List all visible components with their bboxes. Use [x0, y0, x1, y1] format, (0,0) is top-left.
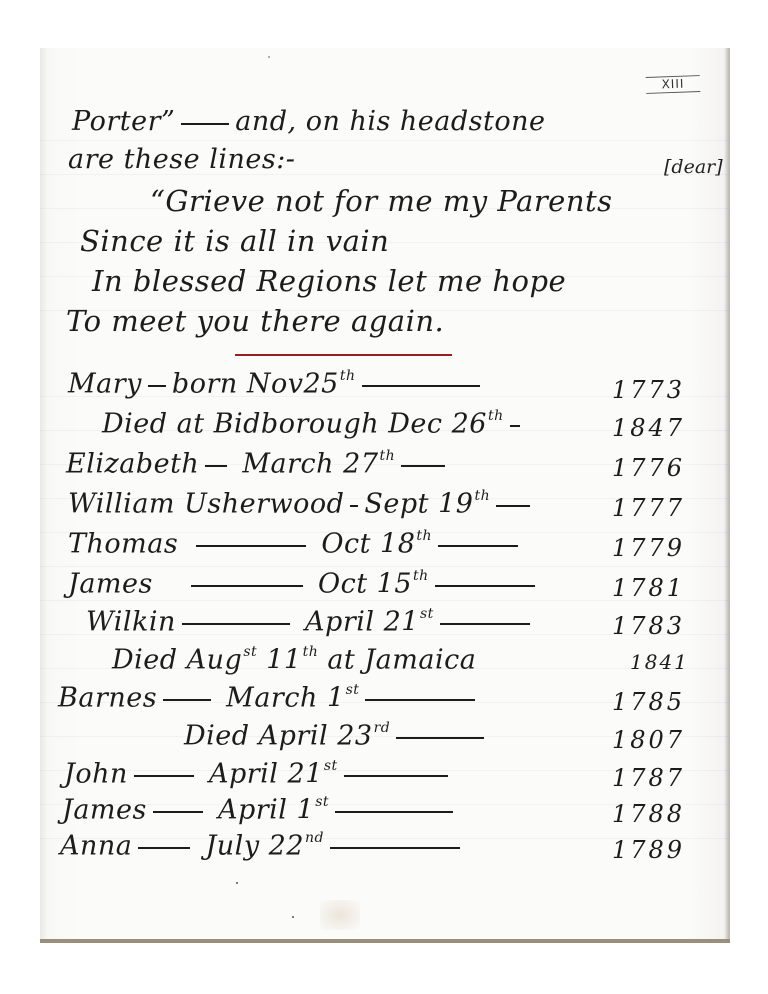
entry-day-suffix: th [303, 644, 319, 660]
entry-name: Anna [60, 831, 132, 862]
dash-rule [191, 585, 303, 587]
entry-day-suffix: th [488, 408, 504, 424]
dash-rule [134, 775, 194, 777]
entry-row: Wilkin April 21st [86, 606, 536, 638]
entry-name: William Usherwood [68, 489, 344, 520]
entry-day: 22 [269, 831, 304, 862]
entry-day: 21 [384, 607, 419, 638]
entry-row: James April 1st [62, 794, 459, 826]
entry-label-suffix: st [243, 644, 257, 660]
dash-rule [205, 465, 227, 467]
entry-row-death: Died at Bidborough Dec 26th [102, 408, 526, 440]
entry-day-suffix: st [324, 758, 338, 774]
entry-label: born [172, 369, 238, 400]
entry-year: 1779 [612, 534, 685, 562]
intro-continuation: and, on his headstone [235, 106, 545, 137]
entry-year: 1781 [612, 574, 685, 602]
entry-name: Mary [68, 369, 142, 400]
entry-year: 1847 [612, 414, 685, 442]
verse-line-1: “Grieve not for me my Parents [150, 184, 613, 218]
entry-day: 19 [438, 489, 473, 520]
entry-name: Wilkin [86, 607, 176, 638]
ruled-line [40, 140, 730, 141]
entry-month: July [205, 831, 259, 862]
entry-label: Died Aug [112, 645, 242, 676]
dash-rule [435, 585, 535, 587]
entry-year: 1789 [612, 836, 685, 864]
entry-year: 1807 [612, 726, 685, 754]
entry-day: 25 [303, 369, 338, 400]
entry-day-suffix: st [420, 606, 434, 622]
dash-rule [138, 847, 190, 849]
manuscript-page: XIII Porter”and, on his headstone are th… [40, 48, 730, 943]
paper-speck [268, 56, 270, 58]
intro-quote-end: Porter” [72, 106, 175, 137]
dash-rule [182, 623, 290, 625]
entry-year: 1841 [630, 650, 689, 674]
entry-day-suffix: th [416, 528, 432, 544]
entry-year: 1785 [612, 688, 685, 716]
dash-rule [350, 505, 358, 507]
ruled-line [40, 566, 730, 567]
entry-year: 1773 [612, 376, 685, 404]
entry-day-suffix: st [315, 794, 329, 810]
entry-month: April [259, 721, 328, 752]
entry-name: Thomas [68, 529, 178, 560]
dash-rule [330, 847, 460, 849]
dash-rule [496, 505, 530, 507]
dash-rule [148, 385, 166, 387]
entry-place: at Jamaica [327, 645, 476, 676]
entry-day-suffix: rd [374, 720, 391, 736]
entry-day: 23 [337, 721, 372, 752]
entry-label: Died at Bidborough [102, 409, 379, 440]
folio-number: XIII [646, 75, 701, 94]
entry-name: James [62, 795, 147, 826]
entry-day: 27 [343, 449, 378, 480]
entry-year: 1788 [612, 800, 685, 828]
entry-day: 21 [288, 759, 323, 790]
entry-day-suffix: nd [305, 830, 324, 846]
red-divider-rule [235, 354, 452, 356]
entry-year: 1777 [612, 494, 685, 522]
entry-month: April [218, 795, 287, 826]
entry-row: Thomas Oct 18th [68, 528, 524, 560]
entry-row: Elizabeth March 27th [66, 448, 451, 480]
entry-name: Barnes [58, 683, 157, 714]
entry-row-death: Died April 23rd [184, 720, 490, 752]
paper-speck [292, 916, 294, 918]
entry-year: 1787 [612, 764, 685, 792]
dash-rule [438, 545, 518, 547]
entry-month: March [242, 449, 334, 480]
entry-day: 1 [327, 683, 345, 714]
entry-row: William UsherwoodSept 19th [68, 488, 536, 520]
entry-day-suffix: th [474, 488, 490, 504]
dash-rule [510, 425, 520, 427]
entry-year: 1776 [612, 454, 685, 482]
entry-day-suffix: th [380, 448, 396, 464]
dash-rule [362, 385, 480, 387]
entry-day: 11 [266, 645, 301, 676]
dash-rule [440, 623, 530, 625]
entry-name: John [64, 759, 128, 790]
entry-row: Anna July 22nd [60, 830, 460, 862]
entry-label: Died [184, 721, 250, 752]
entry-row: James Oct 15th [68, 568, 541, 600]
entry-row: John April 21st [64, 758, 454, 790]
paper-speck [236, 882, 238, 884]
dash-rule [163, 699, 211, 701]
entry-row: Barnes March 1st [58, 682, 481, 714]
entry-row-death: Died Augst 11th at Jamaica [112, 644, 476, 676]
dash-rule [196, 545, 306, 547]
dash-rule [365, 699, 475, 701]
entry-month: April [305, 607, 374, 638]
entry-month: Oct [318, 569, 368, 600]
entry-day: 18 [380, 529, 415, 560]
entry-name: James [68, 569, 153, 600]
entry-row: Maryborn Nov25th [68, 368, 486, 400]
entry-year: 1783 [612, 612, 685, 640]
entry-month: March [226, 683, 318, 714]
dash-rule [335, 811, 453, 813]
entry-day: 26 [452, 409, 487, 440]
dash-rule [396, 737, 484, 739]
entry-name: Elizabeth [66, 449, 199, 480]
entry-day-suffix: th [413, 568, 429, 584]
dash-rule [181, 123, 229, 125]
entry-month: Dec [388, 409, 442, 440]
verse-line-3: In blessed Regions let me hope [92, 264, 566, 298]
verse-line-4: To meet you there again. [66, 304, 444, 338]
entry-month: Oct [321, 529, 371, 560]
entry-month: April [209, 759, 278, 790]
verse-line-2: Since it is all in vain [80, 224, 389, 258]
intro-line-2: are these lines:- [68, 144, 295, 175]
dash-rule [344, 775, 448, 777]
entry-month: Nov [247, 369, 304, 400]
entry-day: 15 [377, 569, 412, 600]
entry-day-suffix: st [346, 682, 360, 698]
editorial-insert: [dear] [664, 156, 723, 178]
paper-stain [320, 900, 360, 930]
entry-month: Sept [364, 489, 429, 520]
entry-day-suffix: th [340, 368, 356, 384]
dash-rule [401, 465, 445, 467]
intro-line-1: Porter”and, on his headstone [72, 106, 545, 137]
entry-day: 1 [297, 795, 315, 826]
dash-rule [153, 811, 203, 813]
